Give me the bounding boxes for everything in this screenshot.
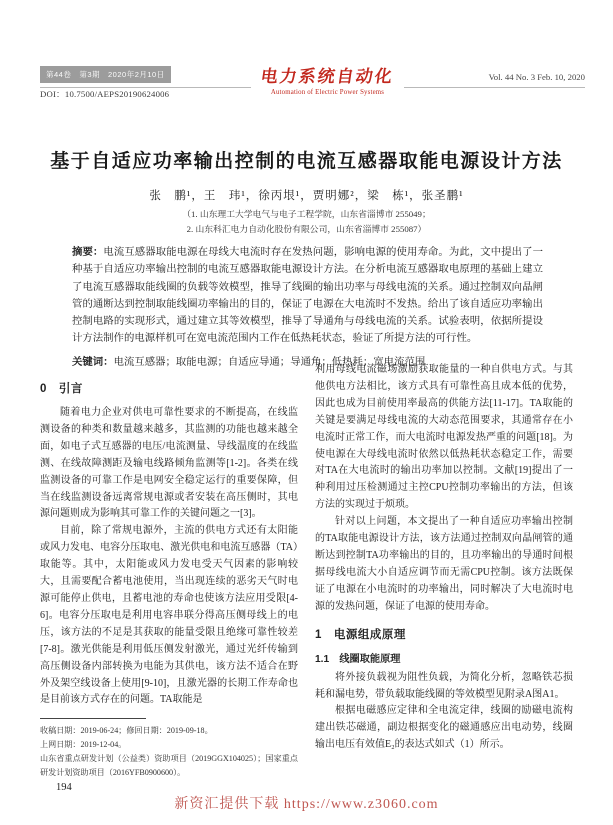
page-number: 194	[56, 782, 72, 793]
issue-info-cn: 第44卷 第3期 2020年2月10日	[40, 66, 171, 83]
footnote-funding: 山东省重点研发计划（公益类）资助项目（2019GGX104025）；国家重点研发…	[40, 752, 298, 780]
body-paragraph-proposal: 针对以上问题，本文提出了一种自适应功率输出控制的TA取能电源设计方法，该方法通过…	[315, 514, 573, 615]
section-1-heading: 1 电源组成原理	[315, 626, 573, 642]
section-0-heading: 0 引言	[40, 380, 298, 396]
abstract-paragraph: 摘要：电流互感器取能电源在母线大电流时存在发热问题，影响电源的使用寿命。为此，文…	[72, 244, 543, 348]
body-paragraph-law: 根据电磁感应定律和全电流定律，线圈的励磁电流构建出铁芯磁通，副边根据变化的磁通感…	[315, 703, 573, 754]
footnote-online: 上网日期：2019-12-04。	[40, 738, 298, 752]
doi-text: DOI：10.7500/AEPS20190624006	[40, 88, 240, 100]
abstract-text: 电流互感器取能电源在母线大电流时存在发热问题，影响电源的使用寿命。为此，文中提出…	[72, 247, 543, 344]
journal-logo-block: 电力系统自动化 Automation of Electric Power Sys…	[251, 62, 404, 100]
journal-logo-subtitle: Automation of Electric Power Systems	[261, 89, 394, 96]
affiliation-1: （1. 山东理工大学电气与电子工程学院，山东省淄博市 255049；	[0, 207, 613, 220]
affiliation-2: 2. 山东科汇电力自动化股份有限公司，山东省淄博市 255087）	[0, 222, 613, 235]
section-1-1-heading: 1.1 线圈取能原理	[315, 650, 573, 665]
intro-paragraph-2: 目前，除了常规电源外，主流的供电方式还有太阳能或风力发电、电容分压取电、激光供电…	[40, 523, 298, 709]
keywords-label: 关键词：	[72, 357, 114, 368]
journal-logo: 电力系统自动化	[259, 62, 396, 87]
body-paragraph-model: 将外接负载视为阻性负载，为简化分析，忽略铁芯损耗和漏电势，带负载取能线圈的等效模…	[315, 670, 573, 704]
footnote-divider	[40, 718, 146, 719]
intro-paragraph-1: 随着电力企业对供电可靠性要求的不断提高，在线监测设备的种类和数量越来越多，其监测…	[40, 405, 298, 523]
abstract-label: 摘要：	[72, 247, 103, 258]
issue-info-en: Vol. 44 No. 3 Feb. 10, 2020	[415, 72, 585, 100]
abstract-block: 摘要：电流互感器取能电源在母线大电流时存在发热问题，影响电源的使用寿命。为此，文…	[72, 244, 543, 371]
right-column: 利用母线电流磁场激励获取能量的一种自供电方式。与其他供电方法相比，该方式具有可靠…	[315, 362, 573, 754]
journal-header: 第44卷 第3期 2020年2月10日 DOI：10.7500/AEPS2019…	[40, 60, 585, 100]
download-watermark: 新资汇提供下载 https://www.z3060.com	[0, 793, 613, 813]
body-paragraph-continuation: 利用母线电流磁场激励获取能量的一种自供电方式。与其他供电方法相比，该方式具有可靠…	[315, 362, 573, 514]
header-left: 第44卷 第3期 2020年2月10日 DOI：10.7500/AEPS2019…	[40, 60, 240, 100]
left-column: 0 引言 随着电力企业对供电可靠性要求的不断提高，在线监测设备的种类和数量越来越…	[40, 380, 298, 780]
authors-line: 张 鹏¹，王 玮¹，徐丙垠¹，贾明娜²，梁 栋¹，张圣鹏¹	[0, 187, 613, 203]
paper-title: 基于自适应功率输出控制的电流互感器取能电源设计方法	[0, 146, 613, 173]
footnote-received: 收稿日期：2019-06-24；修回日期：2019-09-18。	[40, 724, 298, 738]
paper-page: 第44卷 第3期 2020年2月10日 DOI：10.7500/AEPS2019…	[0, 0, 613, 825]
